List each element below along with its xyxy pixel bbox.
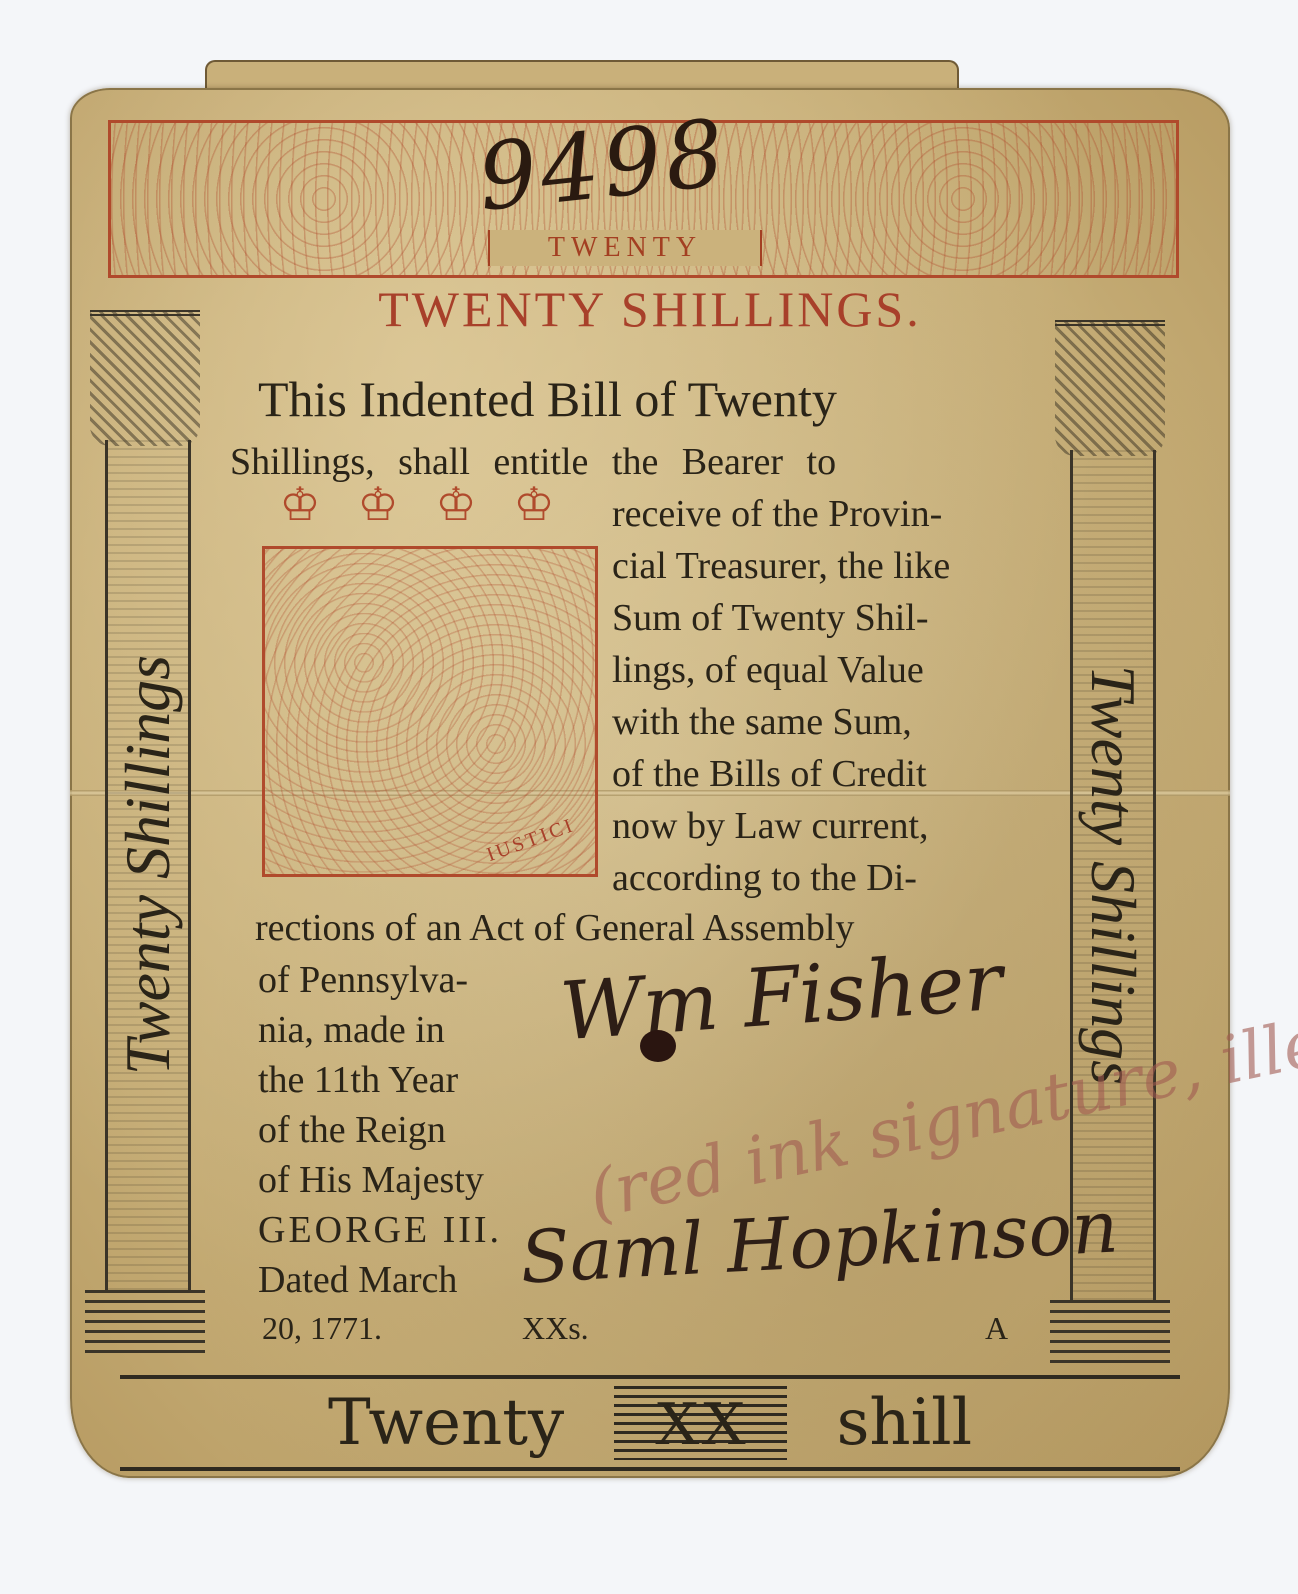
body-line: of the Reign bbox=[258, 1108, 446, 1152]
body-line: the 11th Year bbox=[258, 1058, 458, 1102]
crowns-row: ♔♔♔♔ bbox=[270, 480, 590, 540]
column-shaft: Twenty Shillings bbox=[1070, 450, 1156, 1300]
body-line: of His Majesty bbox=[258, 1158, 484, 1202]
plate-letter: A bbox=[985, 1310, 1008, 1347]
column-shaft: Twenty Shillings bbox=[105, 440, 191, 1290]
body-line: cial Treasurer, the like bbox=[612, 544, 950, 588]
body-line: receive of the Provin- bbox=[612, 492, 942, 536]
column-base bbox=[85, 1290, 205, 1360]
body-line: with the same Sum, bbox=[612, 700, 912, 744]
bottom-banner: Twenty XX shill bbox=[120, 1375, 1180, 1471]
body-line: Sum of Twenty Shil- bbox=[612, 596, 929, 640]
body-line: according to the Di- bbox=[612, 856, 917, 900]
coat-of-arms: IUSTICI bbox=[262, 546, 598, 877]
right-column-text: Twenty Shillings bbox=[1076, 665, 1150, 1085]
arms-motto: IUSTICI bbox=[484, 814, 578, 867]
left-column-text: Twenty Shillings bbox=[111, 655, 185, 1075]
body-line: now by Law current, bbox=[612, 804, 929, 848]
bottom-banner-right: shill bbox=[837, 1386, 972, 1460]
crown-icon: ♔ bbox=[426, 480, 486, 530]
denomination-mark: XXs. bbox=[522, 1310, 589, 1347]
bottom-banner-left: Twenty bbox=[328, 1386, 564, 1460]
note-title: TWENTY SHILLINGS. bbox=[290, 280, 1010, 338]
body-line: nia, made in bbox=[258, 1008, 445, 1052]
crown-icon: ♔ bbox=[270, 480, 330, 530]
body-line: GEORGE III. bbox=[258, 1208, 502, 1252]
ink-blot bbox=[640, 1030, 676, 1062]
body-line: of Pennsylva- bbox=[258, 958, 468, 1002]
body-line: rections of an Act of General Assembly bbox=[255, 906, 854, 950]
body-line: Dated March bbox=[258, 1258, 457, 1302]
date-line: 20, 1771. bbox=[262, 1310, 382, 1347]
crown-icon: ♔ bbox=[504, 480, 564, 530]
bottom-banner-middle: XX bbox=[614, 1386, 786, 1460]
body-line: Shillings, shall entitle the Bearer to bbox=[230, 440, 836, 484]
column-capital bbox=[90, 310, 200, 446]
body-line: of the Bills of Credit bbox=[612, 752, 927, 796]
crown-icon: ♔ bbox=[348, 480, 408, 530]
left-column-ornament: Twenty Shillings bbox=[90, 310, 200, 1360]
column-base bbox=[1050, 1300, 1170, 1370]
body-line: lings, of equal Value bbox=[612, 648, 924, 692]
body-line: This Indented Bill of Twenty bbox=[258, 370, 837, 428]
top-banner-label: TWENTY bbox=[488, 230, 762, 266]
column-capital bbox=[1055, 320, 1165, 456]
